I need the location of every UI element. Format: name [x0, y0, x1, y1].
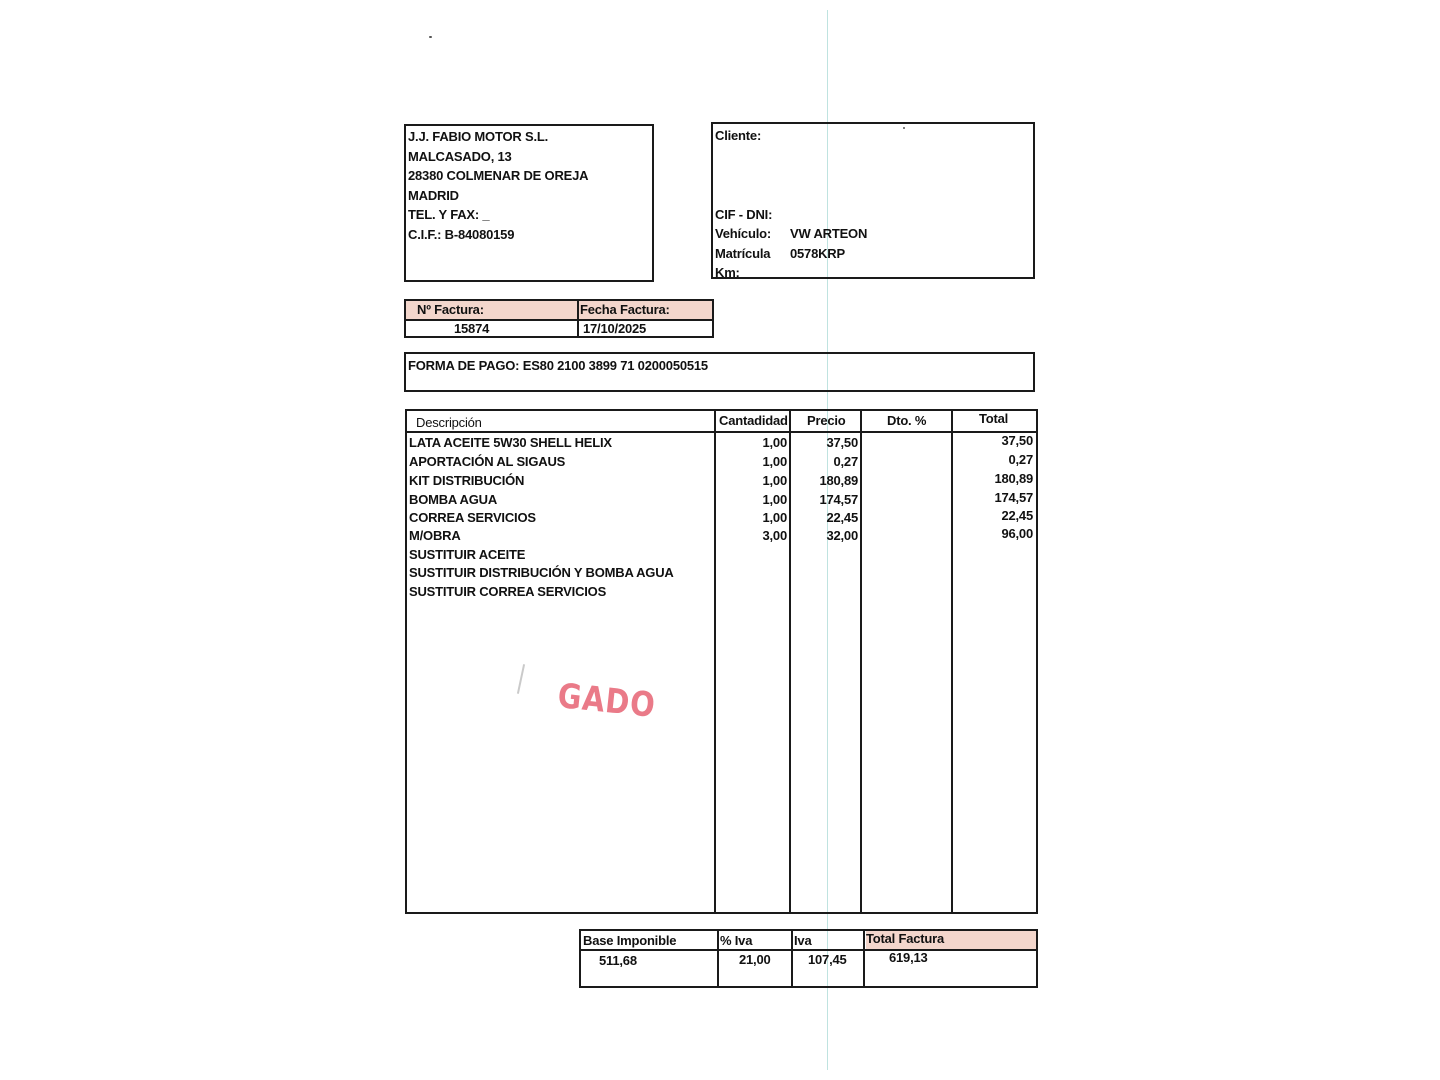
- item-total: 22,45: [1001, 506, 1033, 526]
- plate-value: 0578KRP: [790, 244, 845, 264]
- cif-dni-label: CIF - DNI:: [715, 205, 772, 225]
- invoice-date-value: 17/10/2025: [583, 320, 646, 338]
- table-row: LATA ACEITE 5W30 SHELL HELIX1,0037,5037,…: [407, 433, 1036, 452]
- item-description: SUSTITUIR ACEITE: [409, 545, 525, 565]
- item-description: M/OBRA: [409, 526, 461, 546]
- table-row: BOMBA AGUA1,00174,57174,57: [407, 490, 1036, 509]
- item-quantity: 1,00: [762, 490, 787, 510]
- vehicle-value: VW ARTEON: [790, 224, 867, 244]
- item-quantity: 3,00: [762, 526, 787, 546]
- table-row: CORREA SERVICIOS1,0022,4522,45: [407, 508, 1036, 527]
- item-price: 22,45: [826, 508, 858, 528]
- header-discount: Dto. %: [887, 411, 926, 430]
- base-value: 511,68: [599, 951, 637, 971]
- table-row: KIT DISTRIBUCIÓN1,00180,89180,89: [407, 471, 1036, 490]
- vehicle-label: Vehículo:: [715, 224, 771, 244]
- company-phone-fax: TEL. Y FAX: _: [408, 205, 588, 225]
- item-quantity: 1,00: [762, 508, 787, 528]
- item-price: 37,50: [826, 433, 858, 453]
- header-description: Descripción: [416, 413, 482, 432]
- payment-method-box: FORMA DE PAGO: ES80 2100 3899 71 0200050…: [404, 352, 1035, 392]
- invoice-meta-box: Nº Factura: Fecha Factura: 15874 17/10/2…: [404, 299, 714, 338]
- iva-pct-value: 21,00: [739, 950, 771, 970]
- invoice-number-value: 15874: [454, 320, 489, 338]
- item-description: BOMBA AGUA: [409, 490, 497, 510]
- item-total: 96,00: [1001, 524, 1033, 544]
- company-cif: C.I.F.: B-84080159: [408, 225, 588, 245]
- item-description: SUSTITUIR CORREA SERVICIOS: [409, 582, 606, 602]
- item-price: 180,89: [819, 471, 858, 491]
- client-info-box: Cliente: CIF - DNI: Vehículo: VW ARTEON …: [711, 122, 1035, 279]
- company-name: J.J. FABIO MOTOR S.L.: [408, 127, 588, 147]
- item-total: 174,57: [994, 488, 1033, 508]
- item-description: SUSTITUIR DISTRIBUCIÓN Y BOMBA AGUA: [409, 563, 674, 583]
- items-table: Descripción Cantadidad Precio Dto. % Tot…: [405, 409, 1038, 914]
- payment-method-text: FORMA DE PAGO: ES80 2100 3899 71 0200050…: [408, 356, 708, 376]
- total-label: Total Factura: [866, 929, 944, 948]
- company-city: 28380 COLMENAR DE OREJA: [408, 166, 588, 186]
- km-label: Km:: [715, 263, 740, 283]
- header-total: Total: [979, 409, 1008, 428]
- item-quantity: 1,00: [762, 433, 787, 453]
- invoice-date-label: Fecha Factura:: [580, 301, 670, 319]
- scan-speck: [429, 36, 432, 38]
- base-label: Base Imponible: [583, 931, 676, 950]
- column-divider: [717, 931, 719, 986]
- invoice-number-label: Nº Factura:: [417, 301, 484, 319]
- column-divider: [577, 301, 579, 336]
- item-quantity: 1,00: [762, 452, 787, 472]
- item-total: 37,50: [1001, 431, 1033, 451]
- item-description: CORREA SERVICIOS: [409, 508, 536, 528]
- table-row: SUSTITUIR DISTRIBUCIÓN Y BOMBA AGUA: [407, 563, 1036, 582]
- table-row: M/OBRA3,0032,0096,00: [407, 526, 1036, 545]
- item-quantity: 1,00: [762, 471, 787, 491]
- item-description: APORTACIÓN AL SIGAUS: [409, 452, 565, 472]
- item-total: 0,27: [1008, 450, 1033, 470]
- column-divider: [791, 931, 793, 986]
- iva-label: Iva: [794, 931, 811, 950]
- company-info-box: J.J. FABIO MOTOR S.L. MALCASADO, 13 2838…: [404, 124, 654, 282]
- item-total: 180,89: [994, 469, 1033, 489]
- client-label: Cliente:: [715, 126, 761, 146]
- plate-label: Matrícula: [715, 244, 770, 264]
- company-address: MALCASADO, 13: [408, 147, 588, 167]
- table-row: SUSTITUIR ACEITE: [407, 545, 1036, 564]
- item-description: KIT DISTRIBUCIÓN: [409, 471, 524, 491]
- totals-table: Base Imponible % Iva Iva Total Factura 5…: [579, 929, 1038, 988]
- item-price: 32,00: [826, 526, 858, 546]
- item-price: 174,57: [819, 490, 858, 510]
- item-description: LATA ACEITE 5W30 SHELL HELIX: [409, 433, 612, 453]
- iva-pct-label: % Iva: [720, 931, 752, 950]
- header-price: Precio: [807, 411, 846, 430]
- total-value: 619,13: [889, 948, 928, 968]
- company-province: MADRID: [408, 186, 588, 206]
- item-price: 0,27: [833, 452, 858, 472]
- iva-value: 107,45: [808, 950, 847, 970]
- table-row: APORTACIÓN AL SIGAUS1,000,270,27: [407, 452, 1036, 471]
- header-quantity: Cantadidad: [719, 411, 788, 430]
- table-row: SUSTITUIR CORREA SERVICIOS: [407, 582, 1036, 601]
- column-divider: [863, 931, 865, 986]
